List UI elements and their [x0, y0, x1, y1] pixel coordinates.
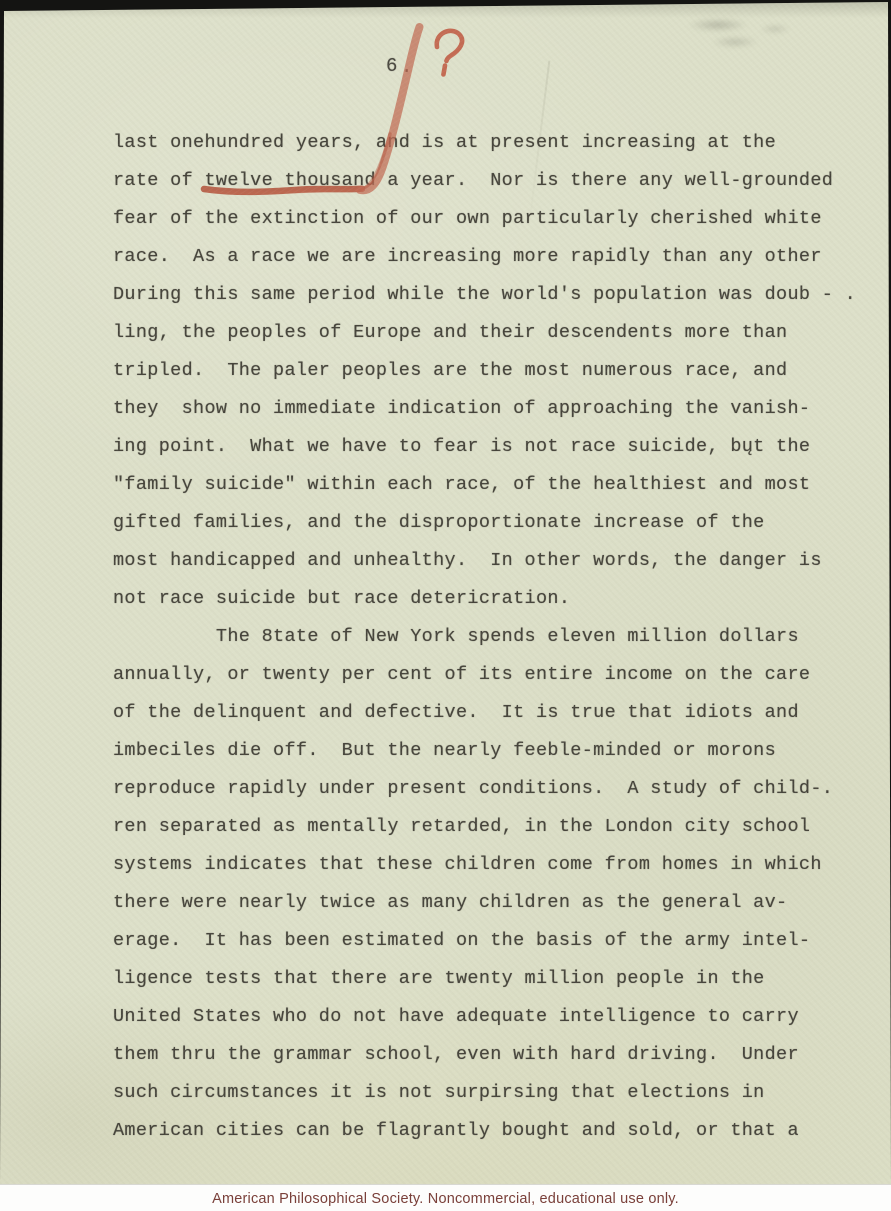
typed-line: of the delinquent and defective. It is t…: [113, 694, 853, 732]
typed-line: American cities can be flagrantly bought…: [113, 1112, 853, 1150]
typed-line: most handicapped and unhealthy. In other…: [113, 542, 853, 580]
paper-sheet: 6 . last onehundred years, and is at pre…: [0, 0, 891, 1184]
typed-line: systems indicates that these children co…: [113, 846, 853, 884]
typed-line: annually, or twenty per cent of its enti…: [113, 656, 853, 694]
typed-line: not race suicide but race detericration.: [113, 580, 853, 618]
footer-credit-text: American Philosophical Society. Noncomme…: [212, 1191, 679, 1207]
typed-line: they show no immediate indication of app…: [113, 390, 853, 428]
typed-line: imbeciles die off. But the nearly feeble…: [113, 732, 853, 770]
pencil-smudge: [688, 18, 748, 32]
archive-footer: American Philosophical Society. Noncomme…: [0, 1184, 891, 1211]
typed-line: them thru the grammar school, even with …: [113, 1036, 853, 1074]
typed-line: ling, the peoples of Europe and their de…: [113, 314, 853, 352]
typed-line: there were nearly twice as many children…: [113, 884, 853, 922]
typed-line: ing point. What we have to fear is not r…: [113, 428, 853, 466]
pencil-smudge: [760, 24, 790, 34]
typed-text-block: last onehundred years, and is at present…: [113, 124, 853, 1150]
pencil-smudge: [712, 36, 758, 48]
scan-edge-shadow: [0, 0, 891, 18]
typed-line: "family suicide" within each race, of th…: [113, 466, 853, 504]
typed-line: fear of the extinction of our own partic…: [113, 200, 853, 238]
typed-line: erage. It has been estimated on the basi…: [113, 922, 853, 960]
page-number: 6: [386, 55, 397, 77]
red-question-mark: [437, 31, 462, 61]
scanned-document-page: 6 . last onehundred years, and is at pre…: [0, 0, 891, 1184]
typed-line: tripled. The paler peoples are the most …: [113, 352, 853, 390]
typed-line: The 8tate of New York spends eleven mill…: [113, 618, 853, 656]
typed-line: rate of twelve thousand a year. Nor is t…: [113, 162, 853, 200]
red-question-mark: [443, 66, 445, 75]
typed-line: such circumstances it is not surpirsing …: [113, 1074, 853, 1112]
typed-line: last onehundred years, and is at present…: [113, 124, 853, 162]
typed-line: United States who do not have adequate i…: [113, 998, 853, 1036]
typed-line: race. As a race we are increasing more r…: [113, 238, 853, 276]
typed-line: gifted families, and the disproportionat…: [113, 504, 853, 542]
typed-line: ren separated as mentally retarded, in t…: [113, 808, 853, 846]
typed-line: During this same period while the world'…: [113, 276, 853, 314]
typed-line: reproduce rapidly under present conditio…: [113, 770, 853, 808]
page-number-period: .: [401, 56, 412, 78]
typed-line: ligence tests that there are twenty mill…: [113, 960, 853, 998]
